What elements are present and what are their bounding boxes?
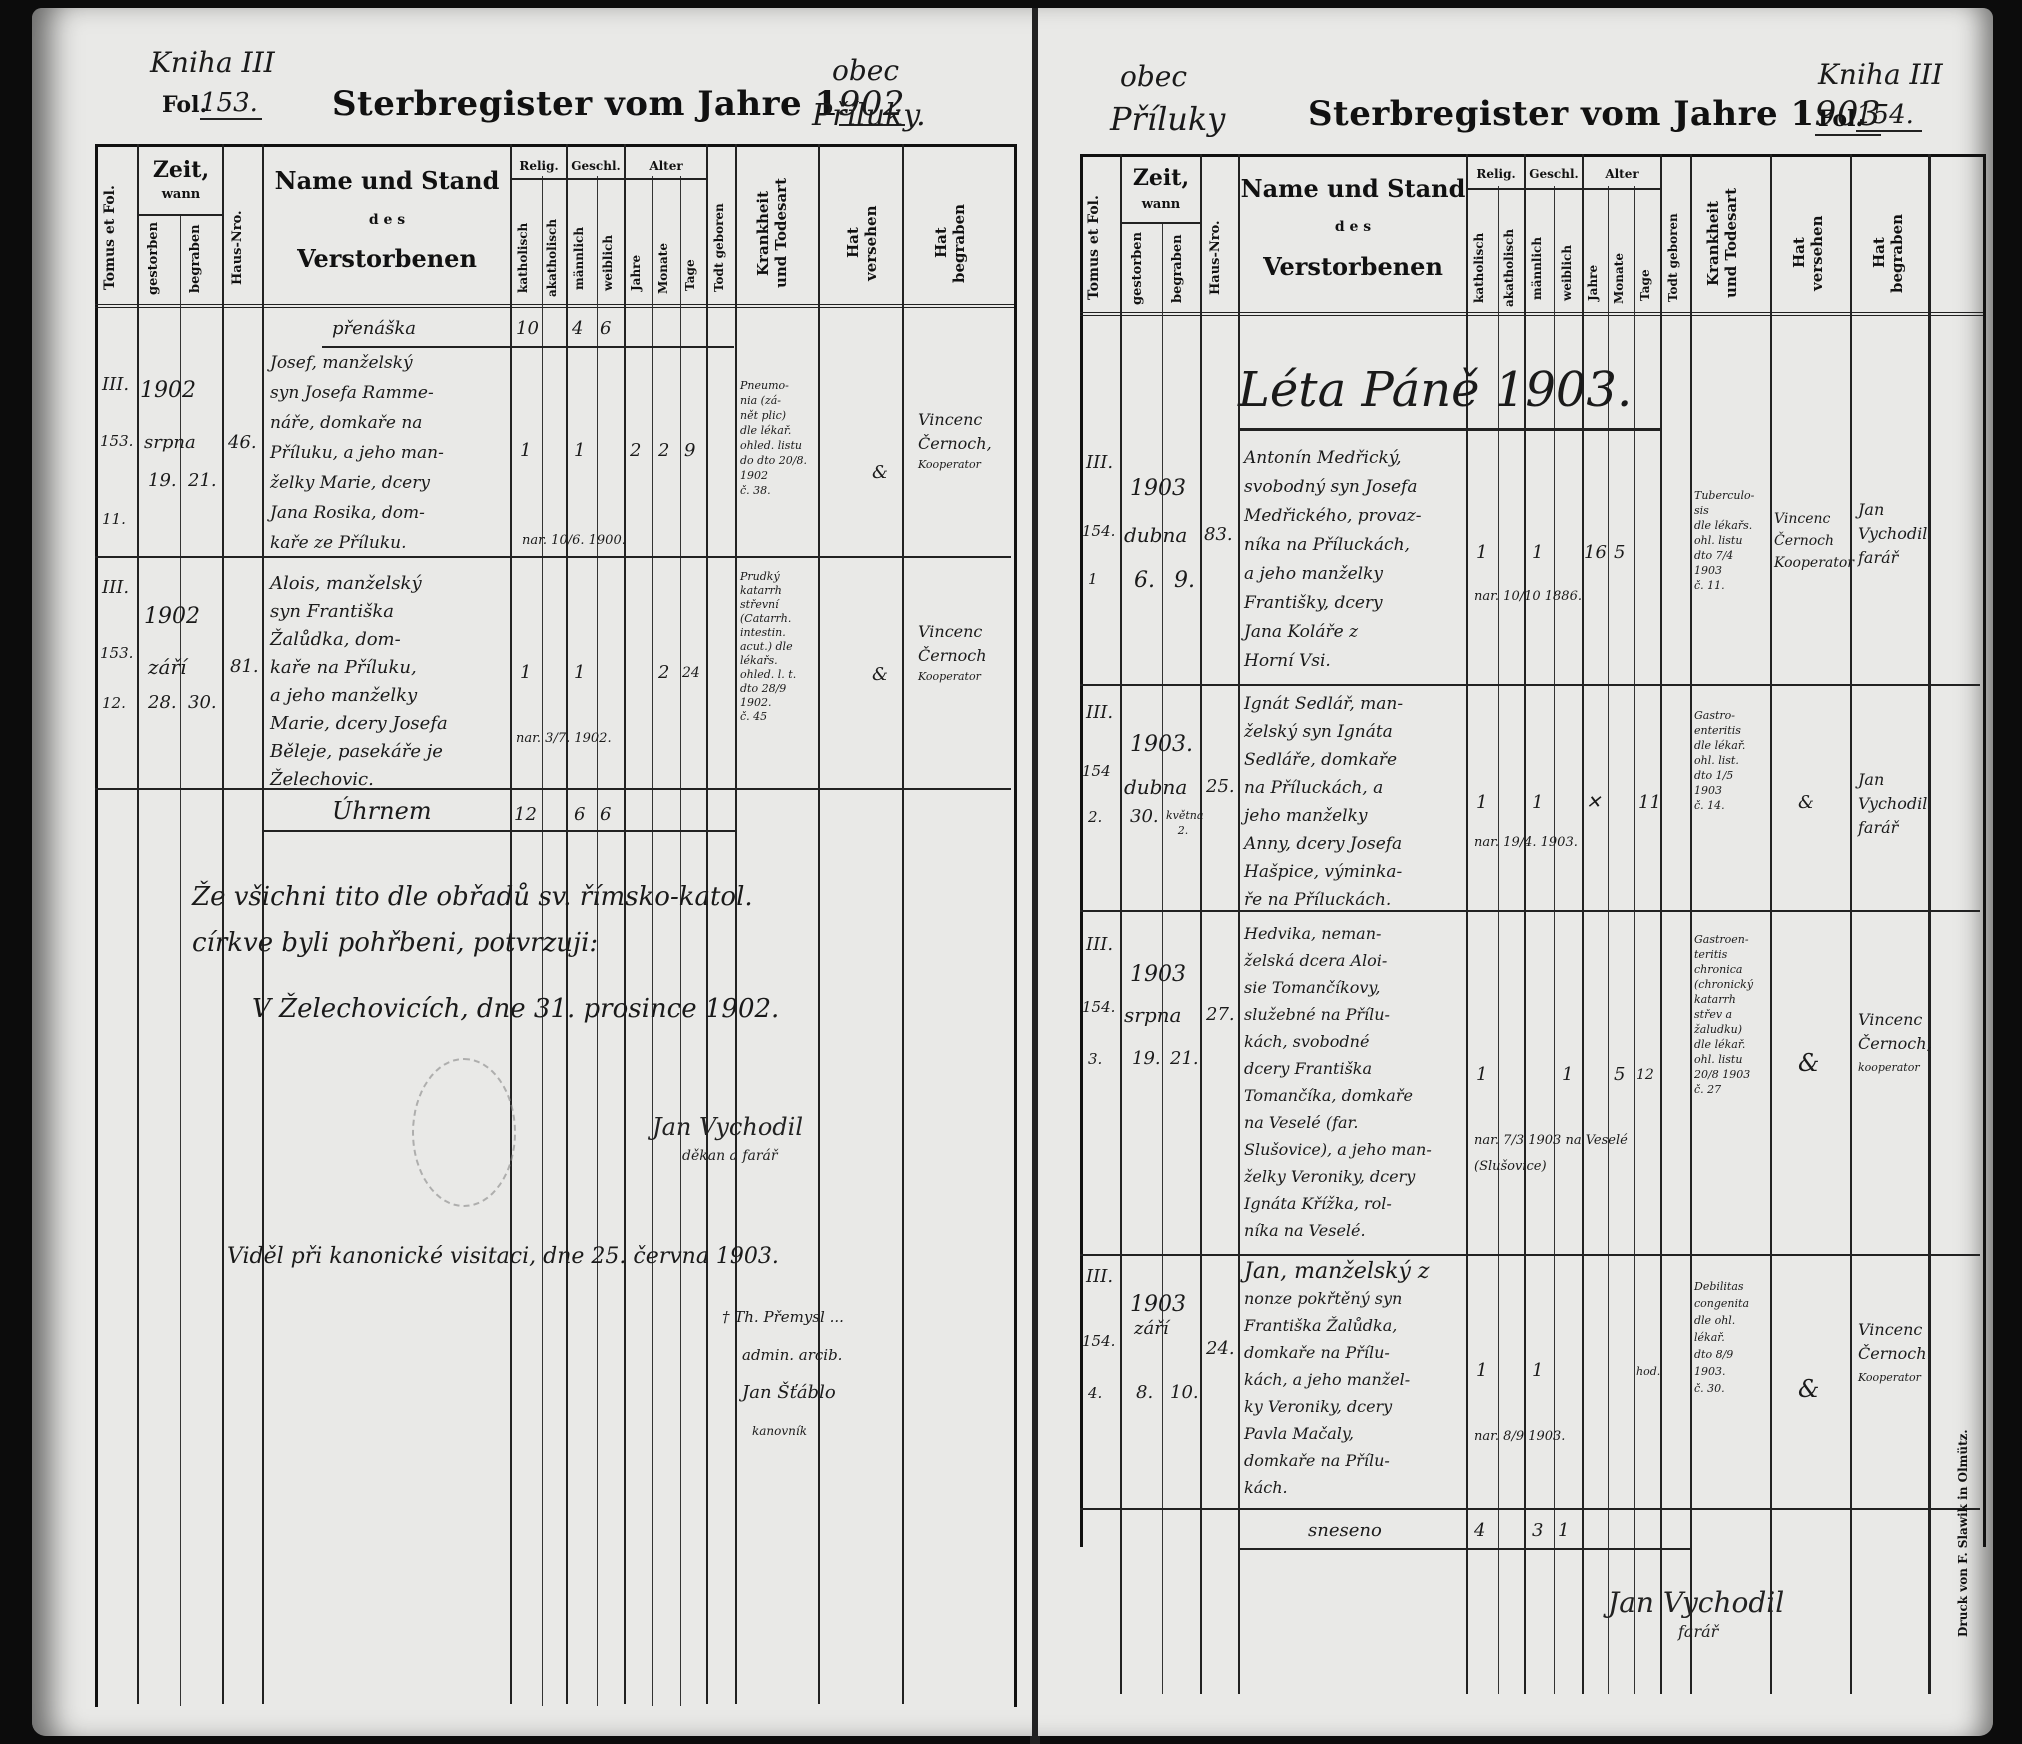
signature-priest-title: děkan a farář [682,1148,778,1164]
line: Marie, dcery Josefa [270,710,510,738]
line: Jan, manželský z [1244,1258,1466,1285]
birth-date: nar. 8/9 1903. [1474,1428,1565,1446]
total-value: 12 [514,800,537,830]
line: Gastro- [1694,708,1770,723]
house-number: 27. [1206,1000,1235,1030]
line: Alois, manželský [270,570,510,598]
col-rule [137,144,139,1704]
entry-month: dubna [1124,520,1187,550]
tomus-number: 12. [102,688,126,718]
row-rule [1080,1508,1980,1510]
col-rule [1690,154,1692,1694]
fol-number: 153. [200,88,262,120]
versehen-mark: & [1798,1374,1819,1404]
count-maennlich: 1 [574,658,585,688]
line: lékařs. [740,654,818,668]
line: Jan Šťáblo [722,1374,844,1412]
deceased-name-stand: Antonín Medřický, svobodný syn Josefa Me… [1244,444,1466,676]
parish-seal [412,1058,516,1207]
carry-value: 4 [572,314,583,344]
age-days: 9 [684,436,695,466]
hdr-katholisch: katholisch [1472,228,1486,308]
line: 20/8 1903 [1694,1067,1770,1082]
line: dto 7/4 [1694,548,1770,563]
line: Hedvika, neman- [1244,920,1466,947]
buried-by: Vincenc Černoch, Kooperator [918,408,1008,474]
line: 1902 [740,468,818,483]
count-katholisch: 1 [520,658,531,688]
line: Horní Vsi. [1244,647,1466,676]
date-died: 30. [1130,802,1159,832]
hdr-relig: Relig. [512,160,566,173]
age-months: 5 [1614,1060,1625,1090]
row-rule [1080,1254,1980,1256]
birth-date: nar. 19/4. 1903. [1474,834,1578,852]
line: Jana Koláře z [1244,618,1466,647]
line: kaře ze Příluku. [270,528,510,558]
hdr-wann: wann [140,188,222,202]
line: na Příluckách, a [1244,774,1466,802]
hdr-weiblich: weiblich [601,228,615,298]
col-rule [818,144,820,1704]
col-rule [1634,186,1635,1694]
carried-label: sneseno [1308,1516,1382,1546]
obec-name: Příluky. [812,98,926,133]
line: 1903. [1694,1363,1770,1380]
line: želky Marie, dcery [270,468,510,498]
line: kaře na Příluku, [270,654,510,682]
place-date: V Želechovicích, dne 31. prosince 1902. [252,994,779,1024]
carried-value: 3 [1532,1516,1543,1546]
carried-rule [1238,1548,1690,1550]
line: ohl. list. [1694,753,1770,768]
hdr-tomus: Tomus et Fol. [102,183,118,293]
kniha-label: Kniha III [1818,58,1943,91]
signature-priest: Jan Vychodil [652,1113,803,1141]
col-rule [902,144,904,1704]
date-buried: 10. [1170,1378,1199,1408]
date-died: 19. [1132,1044,1161,1074]
line: dto 28/9 [740,682,818,696]
visitation-signature: † Th. Přemysl ... admin. arcib. Jan Šťáb… [722,1298,844,1450]
line: farář [1858,546,1928,570]
count-maennlich: 1 [1532,538,1543,568]
age-days: 11 [1638,788,1661,818]
line: Vincenc [918,408,1008,432]
hdr-verstorbenen: Verstorbenen [1240,254,1466,280]
line: domkaře na Přílu- [1244,1339,1466,1366]
line: ohled. l. t. [740,668,818,682]
line: ky Veroniky, dcery [1244,1393,1466,1420]
line: a jeho manželky [270,682,510,710]
hdr-zeit: Zeit, [1122,166,1200,190]
age-hours: hod. [1636,1364,1660,1379]
group-rule [510,178,706,180]
hdr-todt-geboren: Todt geboren [712,198,726,298]
line: chronica [1694,962,1770,977]
line: Černoch, [918,432,1008,456]
line: jeho manželky [1244,802,1466,830]
entry-year: 1902 [140,376,196,406]
register-title: Sterbregister vom Jahre 1903 [1308,94,1881,134]
tomus-number: 2. [1088,802,1102,832]
birth-date: nar. 7/3 1903 na Veselé (Slušovice) [1474,1128,1664,1180]
tomus-folio: 153. [100,426,133,456]
date-buried: 21. [188,466,217,496]
count-katholisch: 1 [1476,1356,1487,1386]
header-rule [1080,312,1983,316]
line: Ignáta Křížka, rol- [1244,1190,1466,1217]
hdr-jahre: Jahre [1586,258,1600,308]
line: želky Veroniky, dcery [1244,1163,1466,1190]
tomus-number: 3. [1088,1044,1102,1074]
hdr-maennlich: männlich [1530,228,1544,308]
birth-date: nar. 10/10 1886. [1474,588,1582,606]
disease-cause: Gastroen- teritis chronica (chronický ka… [1694,932,1770,1097]
line: náře, domkaře na [270,408,510,438]
line: střevní [740,598,818,612]
line: Jan [1858,768,1928,792]
line: Jana Rosika, dom- [270,498,510,528]
signature-priest: Jan Vychodil [1608,1586,1784,1619]
line: Pavla Mačaly, [1244,1420,1466,1447]
zeit-rule [1122,222,1200,224]
line: (Catarrh. [740,612,818,626]
count-katholisch: 1 [1476,1060,1487,1090]
hdr-versehen: Hat versehen [844,198,884,288]
deceased-name-stand: Jan, manželský z nonze pokřtěný syn Fran… [1244,1258,1466,1501]
age-years: 16 [1584,538,1607,568]
count-maennlich: 1 [1532,1356,1543,1386]
line: Černoch [1858,1342,1928,1366]
line: Medřického, provaz- [1244,502,1466,531]
line: intestin. [740,626,818,640]
fol-number: 154. [1856,100,1922,132]
line: Kooperator [1858,1366,1928,1390]
line: žaludku) [1694,1022,1770,1037]
carry-value: 10 [516,314,539,344]
line: č. 14. [1694,798,1770,813]
hdr-relig: Relig. [1468,168,1524,181]
house-number: 46. [228,428,257,458]
date-buried: května 2. [1166,808,1200,838]
date-died: 19. [148,466,177,496]
line: Slušovice), a jeho man- [1244,1136,1466,1163]
line: dle ohl. [1694,1312,1770,1329]
line: kanovník [722,1412,844,1450]
entry-year: 1902 [144,602,200,632]
col-rule [1660,154,1662,1694]
tomus: III. [1086,1262,1113,1292]
age-months: 2 [658,436,669,466]
hdr-des: d e s [264,213,510,228]
header-rule [95,304,1014,308]
tomus-folio: 154. [1082,516,1115,546]
entry-year: 1903 [1130,960,1186,990]
col-rule [1770,154,1772,1694]
date-died: 6. [1134,566,1155,596]
tomus-folio: 154. [1082,992,1115,1022]
hdr-verstorbenen: Verstorbenen [264,246,510,272]
tomus: III. [1086,698,1113,728]
hdr-jahre: Jahre [629,248,643,298]
printer-imprint: Druck von F. Slawik in Olmütz. [1956,1368,1970,1698]
hdr-name-stand: Name und Stand [1240,176,1466,202]
line: Hašpice, výminka- [1244,858,1466,886]
hdr-begraben: begraben [188,223,203,295]
house-number: 81. [230,652,259,682]
house-number: 25. [1206,772,1235,802]
line: 1902. [740,696,818,710]
line: Antonín Medřický, [1244,444,1466,473]
line: kách, a jeho manžel- [1244,1366,1466,1393]
hdr-geschl: Geschl. [568,160,624,173]
line: č. 45 [740,710,818,724]
visitation-note: Viděl při kanonické visitaci, dne 25. če… [227,1244,779,1269]
line: č. 38. [740,483,818,498]
line: Vincenc [918,620,1008,644]
line: dto 8/9 [1694,1346,1770,1363]
col-rule [1850,154,1852,1694]
total-rule [262,830,736,832]
line: č. 11. [1694,578,1770,593]
line: Josef, manželský [270,348,510,378]
obec-name: Příluky [1110,100,1225,138]
age-years-struck: ✕ [1586,788,1601,818]
date-died: 28. [148,688,177,718]
tomus-folio: 154 [1082,756,1111,786]
line: enteritis [1694,723,1770,738]
line: kách. [1244,1474,1466,1501]
line: Běleje, pasekáře je [270,738,510,766]
hdr-krankheit: Krankheit und Todesart [754,178,804,288]
right-page: obec Příluky Sterbregister vom Jahre 190… [1038,8,1993,1736]
deceased-name-stand: Josef, manželský syn Josefa Ramme- náře,… [270,348,510,558]
hdr-akatholisch: akatholisch [545,218,559,298]
entry-month: září [1134,1314,1169,1344]
obec-label: obec [832,54,899,87]
carried-value: 4 [1474,1516,1485,1546]
line: Jan [1858,498,1928,522]
count-maennlich: 1 [1532,788,1543,818]
hdr-krankheit: Krankheit und Todesart [1704,188,1754,298]
entry-month: dubna [1124,772,1187,802]
house-number: 83. [1204,520,1233,550]
line: farář [1858,816,1928,840]
line: do dto 20/8. [740,453,818,468]
line: Vychodil [1858,792,1928,816]
line: ohl. listu [1694,533,1770,548]
hdr-alter: Alter [626,160,706,173]
line: Gastroen- [1694,932,1770,947]
line: Debilitas [1694,1278,1770,1295]
line: admin. arcib. [722,1336,844,1374]
row-rule [1080,910,1980,912]
line: dcery Františka [1244,1055,1466,1082]
line: Žalůdka, dom- [270,626,510,654]
disease-cause: Tuberculo- sis dle lékařs. ohl. listu dt… [1694,488,1770,593]
versehen-by: Vincenc Černoch Kooperator [1774,508,1850,574]
line: služebné na Přílu- [1244,1001,1466,1028]
count-weiblich: 1 [1562,1060,1573,1090]
entry-month: září [148,652,186,682]
date-buried: 21. [1170,1044,1199,1074]
date-buried: 9. [1174,566,1195,596]
tomus: III. [1086,448,1113,478]
line: Vincenc [1858,1318,1928,1342]
obec-label: obec [1120,60,1187,93]
hdr-gestorben: gestorben [1130,233,1145,305]
disease-cause: Gastro- enteritis dle lékař. ohl. list. … [1694,708,1770,813]
date-buried: 30. [188,688,217,718]
line: Příluku, a jeho man- [270,438,510,468]
line: Anny, dcery Josefa [1244,830,1466,858]
tomus-number: 1 [1088,564,1098,594]
age-days: 24 [682,658,700,688]
count-maennlich: 1 [574,436,585,466]
line: Kooperator [918,456,1008,474]
line: Prudký [740,570,818,584]
line: dle lékař. [1694,1037,1770,1052]
hdr-geschl: Geschl. [1526,168,1582,181]
line: kách, svobodné [1244,1028,1466,1055]
date-died: 8. [1136,1378,1153,1408]
line: želský syn Ignáta [1244,718,1466,746]
hdr-katholisch: katholisch [516,218,530,298]
buried-by: Vincenc Černoch, kooperator [1858,1008,1928,1080]
line: syn Františka [270,598,510,626]
line: teritis [1694,947,1770,962]
count-katholisch: 1 [520,436,531,466]
buried-by: Vincenc Černoch Kooperator [1858,1318,1928,1390]
line: Kooperator [918,668,1008,686]
col-rule [1928,154,1931,1694]
age-years: 2 [630,436,641,466]
buried-by: Vincenc Černoch Kooperator [918,620,1008,686]
line: Pneumo- [740,378,818,393]
row-rule [95,556,1011,558]
line: 1903 [1694,783,1770,798]
row-rule [95,788,1011,790]
count-katholisch: 1 [1476,788,1487,818]
age-days: 12 [1636,1060,1654,1090]
buried-by: Jan Vychodil farář [1858,498,1928,570]
hdr-begraben-hat: Hat begraben [1870,208,1910,298]
group-rule [1466,188,1660,190]
hdr-monate: Monate [1612,250,1626,308]
line: acut.) dle [740,640,818,654]
line: Vincenc [1858,1008,1928,1032]
entry-month: srpna [1124,1000,1181,1030]
tomus-number: 11. [102,504,126,534]
disease-cause: Debilitas congenita dle ohl. lékař. dto … [1694,1278,1770,1397]
hdr-weiblich: weiblich [1560,238,1574,308]
line: katarrh [740,584,818,598]
col-rule [1162,224,1163,1694]
hdr-akatholisch: akatholisch [1502,228,1516,308]
line: ohl. listu [1694,1052,1770,1067]
line: č. 30. [1694,1380,1770,1397]
entry-month: srpna [144,428,196,458]
tomus: III. [102,370,129,400]
total-value: 6 [574,800,585,830]
tomus-folio: 153. [100,638,133,668]
age-months: 2 [658,658,669,688]
hdr-tomus: Tomus et Fol. [1086,193,1102,303]
disease-cause: Pneumo- nia (zá- nět plic) dle lékař. oh… [740,378,818,498]
zeit-rule [138,214,222,216]
birth-date: nar. 3/7. 1902. [516,730,612,748]
hdr-begraben: begraben [1170,233,1185,305]
total-label: Úhrnem [332,796,432,826]
row-rule [1080,684,1980,686]
attestation: Že všichni tito dle obřadů sv. římsko-ka… [192,874,753,966]
line: Františka Žalůdka, [1244,1312,1466,1339]
line: svobodný syn Josefa [1244,473,1466,502]
line: církve byli pohřbeni, potvrzuji: [192,920,753,966]
line: (chronický [1694,977,1770,992]
title-print: Sterbregister vom Jahre 1 [332,84,839,124]
deceased-name-stand: Alois, manželský syn Františka Žalůdka, … [270,570,510,794]
line: níka na Veselé. [1244,1217,1466,1244]
line: nia (zá- [740,393,818,408]
hdr-tage: Tage [1638,263,1652,308]
hdr-begraben-hat: Hat begraben [932,198,972,288]
line: Černoch [918,644,1008,668]
line: č. 27 [1694,1082,1770,1097]
col-rule [1120,154,1122,1694]
line: Vychodil [1858,522,1928,546]
hdr-haus: Haus-Nro. [230,198,245,298]
line: dle lékařs. [1694,518,1770,533]
hdr-maennlich: männlich [572,218,586,298]
left-page: Kniha III Fol. 153. Sterbregister vom Ja… [32,8,1032,1736]
signature-priest-title: farář [1678,1622,1718,1641]
col-rule [1200,154,1202,1694]
line: níka na Příluckách, [1244,531,1466,560]
line: kooperator [1858,1056,1928,1080]
disease-cause: Prudký katarrh střevní (Catarrh. intesti… [740,570,818,724]
line: dle lékař. [1694,738,1770,753]
line: želská dcera Aloi- [1244,947,1466,974]
line: † Th. Přemysl ... [722,1298,844,1336]
count-katholisch: 1 [1476,538,1487,568]
line: congenita [1694,1295,1770,1312]
line: a jeho manželky [1244,560,1466,589]
year-heading-rule [1238,428,1662,431]
hdr-name-stand: Name und Stand [264,168,510,194]
line: Černoch, [1858,1032,1928,1056]
hdr-versehen: Hat versehen [1790,208,1830,298]
line: nonze pokřtěný syn [1244,1285,1466,1312]
line: Tomančíka, domkaře [1244,1082,1466,1109]
entry-year: 1903 [1130,474,1186,504]
hdr-monate: Monate [656,240,670,298]
tomus-number: 4. [1088,1378,1102,1408]
line: domkaře na Přílu- [1244,1447,1466,1474]
line: katarrh [1694,992,1770,1007]
tomus: III. [1086,930,1113,960]
line: lékař. [1694,1329,1770,1346]
line: dle lékař. [740,423,818,438]
title-print: Sterbregister vom Jahre 1 [1308,94,1815,134]
carry-value: 6 [600,314,611,344]
kniha-label: Kniha III [150,46,275,79]
versehen-mark: & [1798,1048,1819,1078]
buried-by: Jan Vychodil farář [1858,768,1928,840]
line: Františky, dcery [1244,589,1466,618]
line: střev a [1694,1007,1770,1022]
